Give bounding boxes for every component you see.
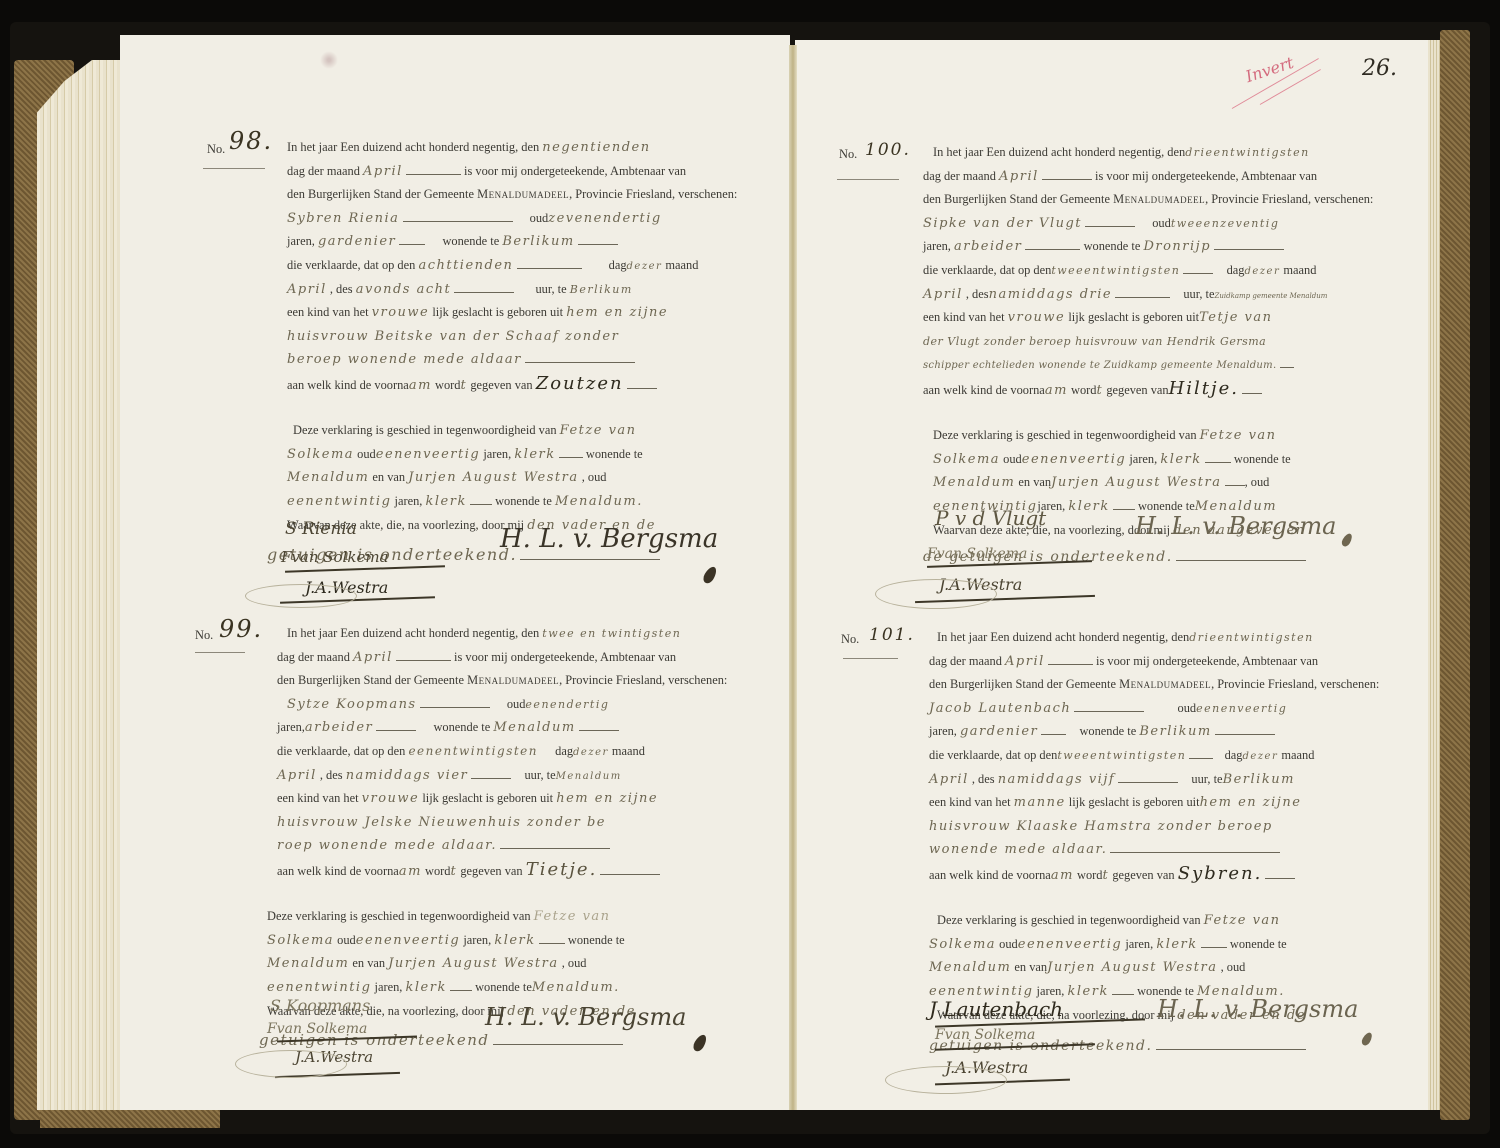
witness2-age: eenentwintig [287,494,391,509]
parents-line-2: huisvrouw Klaaske Hamstra zonder beroep [929,819,1273,834]
form-text: maand [1281,748,1314,762]
month-ref: dezer [1244,266,1280,277]
entry-month: April [353,650,393,665]
record-number-rule [837,179,899,180]
child-sex: vrouwe [1008,310,1066,325]
witness2-name: Jurjen August Westra [408,470,578,485]
witness2-name: Jurjen August Westra [1047,960,1217,975]
blank-line [600,864,660,875]
blank-line [1265,868,1295,879]
form-text: jaren, [1125,937,1153,951]
form-text: jaren, [1037,984,1065,998]
form-text: den Burgerlijken Stand der Gemeente [287,187,474,201]
blank-line [539,933,565,944]
ink-blot [701,565,719,586]
signature-flourish [875,579,997,609]
blank-line [579,720,619,731]
birth-day: tweeentwintigsten [1051,264,1180,277]
handwritten-suffix: t [1102,868,1109,883]
declarant-occupation: gardenier [318,234,396,249]
birth-time: namiddags vier [346,768,469,783]
form-text: word [1077,868,1102,882]
record-number-rule [203,168,265,169]
birth-place: Berlikum [570,283,633,296]
signature-official: H. L. v. Bergsma [1157,998,1358,1022]
form-text: uur, te [1191,772,1222,786]
witness1-age: eenenveertig [1018,937,1122,952]
blank-line [1048,654,1093,665]
form-text: dag der maand [277,650,350,664]
record-number-rule [195,652,245,653]
form-text: , oud [562,956,587,970]
form-text: , Provincie Friesland, verschenen: [1205,192,1373,206]
blank-line [470,494,492,505]
witness2-residence: Menaldum. [555,494,643,509]
child-sex: vrouwe [362,791,420,806]
handwritten-suffix: am [409,378,432,393]
blank-line [403,211,513,222]
record-number-label: No. [839,143,857,167]
declarant-age: zevenendertig [548,211,661,226]
form-text: is voor mij ondergeteekende, Ambtenaar v… [454,650,676,664]
form-text: den Burgerlijken Stand der Gemeente [277,673,464,687]
form-text: dag [1225,748,1243,762]
record-number-label: No. [841,628,859,652]
entry-month: April [363,164,403,179]
form-text: en van [372,470,405,484]
child-sex: vrouwe [372,305,430,320]
signature-witness1: Fvan Solkema [281,546,389,570]
record-number: 101. [869,624,915,648]
signature-official: H. L. v. Bergsma [485,1006,686,1030]
blank-line [517,258,582,269]
form-text: Deze verklaring is geschied in tegenwoor… [267,909,531,923]
form-text: jaren, [463,933,491,947]
form-text: gegeven van [470,378,532,392]
parents-line-3: schipper echtelieden wonende te Zuidkamp… [923,360,1276,371]
form-text: wonende te [433,720,490,734]
form-text: dag der maand [923,169,996,183]
form-text: In het jaar Een duizend acht honderd neg… [937,630,1189,644]
form-text: die verklaarde, dat op den [923,263,1051,277]
child-name: Hiltje. [1169,378,1239,399]
form-text: , oud [1221,960,1246,974]
declarant-residence: Berlikum [502,234,574,249]
form-text: wonende te [568,933,625,947]
witness1-residence: Menaldum [267,956,349,971]
blank-line [1085,216,1135,227]
declarant-occupation: arbeider [305,720,373,735]
signature-official: H. L. v. Bergsma [1135,515,1336,539]
form-text: gegeven van [1106,383,1168,397]
form-text: word [425,864,450,878]
form-text: jaren, [1129,452,1157,466]
blank-line [1201,937,1227,948]
record-number: 100. [865,139,911,163]
witness2-occupation: klerk [426,494,467,509]
declarant-name: Sytze Koopmans [287,697,417,712]
form-text: uur, te [524,768,555,782]
witness1-name-b: Solkema [933,452,1000,467]
witness2-occupation: klerk [1068,499,1109,514]
form-text: , oud [582,470,607,484]
month-ref: dezer [1242,751,1278,762]
entry-month: April [1005,654,1045,669]
handwritten-suffix: am [1045,383,1068,398]
form-text: jaren, [395,494,423,508]
signature-official: H. L. v. Bergsma [500,528,718,552]
municipality: Menaldumadeel [477,187,569,201]
witness1-age: eenenveertig [1022,452,1126,467]
declarant-residence: Menaldum [493,720,575,735]
birth-month: April [923,287,963,302]
declarant-name: Sybren Rienia [287,211,399,226]
form-text: maand [612,744,645,758]
signature-declarant: J Lautenbach [929,998,1063,1022]
witness2-occupation: klerk [406,980,447,995]
blank-line [500,838,610,849]
form-text: , des [972,772,995,786]
handwritten-suffix: am [1051,868,1074,883]
blank-line [627,378,657,389]
parents-line-1: hem en zijne [1200,795,1302,810]
blank-line [1112,984,1134,995]
form-text: wonende te [1230,937,1287,951]
witness1-occupation: klerk [494,933,535,948]
form-text: een kind van het [929,795,1011,809]
blank-line [1115,287,1170,298]
form-text: wonende te [495,494,552,508]
form-text: aan welk kind de voorna [277,864,399,878]
birth-time: namiddags vijf [998,772,1115,787]
form-text: lijk geslacht is geboren uit [1069,795,1200,809]
form-text: wonende te [475,980,532,994]
record-number-label: No. [195,624,213,648]
form-text: en van [352,956,385,970]
blank-line [1205,452,1231,463]
form-text: uur, te [1183,287,1214,301]
form-text: den Burgerlijken Stand der Gemeente [929,677,1116,691]
form-text: maand [665,258,698,272]
form-text: oud [1152,216,1171,230]
witness2-name: Jurjen August Westra [1051,475,1221,490]
blank-line [1025,239,1080,250]
signature-declarant: S Koopmans [270,994,370,1018]
form-text: In het jaar Een duizend acht honderd neg… [933,145,1185,159]
witness2-name: Jurjen August Westra [388,956,558,971]
form-text: dag der maand [287,164,360,178]
form-text: , Provincie Friesland, verschenen: [569,187,737,201]
blank-line [1225,475,1245,486]
witness2-age: eenentwintig [267,980,371,995]
form-text: uur, te [535,282,566,296]
form-text: lijk geslacht is geboren uit [432,305,563,319]
parents-line-1: hem en zijne [556,791,658,806]
form-text: , des [320,768,343,782]
blank-line [1156,1039,1306,1050]
birth-place: Menaldum [556,771,622,782]
municipality: Menaldumadeel [467,673,559,687]
form-text: jaren, [929,724,957,738]
declarant-age: eenendertig [525,698,609,711]
witness1-name-b: Solkema [929,937,996,952]
month-ref: dezer [573,747,609,758]
form-text: gegeven van [460,864,522,878]
form-text: oud [530,211,549,225]
form-text: In het jaar Een duizend acht honderd neg… [287,626,539,640]
child-name: Tietje. [526,859,598,880]
blank-line [559,447,583,458]
form-text: die verklaarde, dat op den [287,258,415,272]
form-text: die verklaarde, dat op den [929,748,1057,762]
declarant-occupation: arbeider [954,239,1022,254]
form-text: Deze verklaring is geschied in tegenwoor… [937,913,1201,927]
child-name: Zoutzen [536,373,624,394]
blank-line [1280,357,1294,368]
blank-line [471,768,511,779]
declarant-residence: Dronrijp [1143,239,1211,254]
parents-line-3: beroep wonende mede aldaar [287,352,522,367]
birth-day: eenentwintigsten [408,744,538,758]
parents-line-1: hem en zijne [566,305,668,320]
witness1-occupation: klerk [1156,937,1197,952]
form-text: aan welk kind de voorna [287,378,409,392]
entry-day: twee en twintigsten [542,627,681,640]
declarant-name: Sipke van der Vlugt [923,216,1082,231]
blank-line [1242,383,1262,394]
form-text: wonende te [442,234,499,248]
form-text: , Provincie Friesland, verschenen: [1211,677,1379,691]
form-text: jaren, [375,980,403,994]
form-text: lijk geslacht is geboren uit [422,791,553,805]
form-text: dag [609,258,627,272]
month-ref: dezer [627,261,663,272]
municipality: Menaldumadeel [1113,192,1205,206]
witness1-residence: Menaldum [929,960,1011,975]
form-text: dag [555,744,573,758]
declarant-residence: Berlikum [1139,724,1211,739]
form-text: , des [330,282,353,296]
form-text: oud [1178,701,1197,715]
form-text: is voor mij ondergeteekende, Ambtenaar v… [464,164,686,178]
signature-flourish [885,1066,1007,1094]
parents-line-2: der Vlugt zonder beroep huisvrouw van He… [923,335,1266,348]
declarant-name: Jacob Lautenbach [929,701,1071,716]
record-number: 99. [219,618,263,642]
birth-time: avonds acht [356,282,452,297]
entry-day: drieentwintigsten [1189,631,1314,644]
blank-line [1176,550,1306,561]
form-text: gegeven van [1112,868,1174,882]
form-text: word [435,378,460,392]
blank-line [1110,842,1280,853]
entry-day: drieentwintigsten [1185,146,1310,159]
signature-flourish [245,584,357,608]
form-text: wonende te [1234,452,1291,466]
witness1-name-a: Fetze van [1200,428,1277,443]
form-text: , Provincie Friesland, verschenen: [559,673,727,687]
form-text: dag der maand [929,654,1002,668]
book-gutter [789,45,797,1110]
form-text: is voor mij ondergeteekende, Ambtenaar v… [1096,654,1318,668]
parents-line-2: huisvrouw Beitske van der Schaaf zonder [287,329,619,344]
blank-line [1215,724,1275,735]
form-text: oud [337,933,356,947]
birth-month: April [277,768,317,783]
birth-place: Berlikum [1223,772,1295,787]
signature-declarant: S Rienia [285,518,357,542]
record-number: 98. [229,130,273,154]
form-text: wonende te [586,447,643,461]
form-text: die verklaarde, dat op den [277,744,405,758]
birth-day: tweeentwintigsten [1057,749,1186,762]
blank-line [1113,499,1135,510]
form-text: wonende te [1084,239,1141,253]
form-text: oud [507,697,526,711]
blank-line [450,980,472,991]
form-text: jaren, [483,447,511,461]
handwritten-suffix: am [399,864,422,879]
witness1-age: eenenveertig [356,933,460,948]
form-text: Deze verklaring is geschied in tegenwoor… [293,423,557,437]
form-text: , des [966,287,989,301]
handwritten-suffix: t [1096,383,1103,398]
witness1-residence: Menaldum [933,475,1015,490]
birth-place: Zuidkamp gemeente Menaldum [1214,292,1327,300]
child-name: Sybren. [1178,863,1263,884]
blank-line [399,234,425,245]
blank-line [1042,169,1092,180]
form-text: oud [357,447,376,461]
blank-line [454,282,514,293]
witness1-occupation: klerk [514,447,555,462]
form-text: jaren, [277,720,305,734]
declarant-age: tweeenzeventig [1171,217,1280,230]
birth-month: April [287,282,327,297]
birth-record: No. 99. In het jaar Een duizend acht hon… [195,622,775,1102]
witness1-residence: Menaldum [287,470,369,485]
form-text: Deze verklaring is geschied in tegenwoor… [933,428,1197,442]
form-text: wonende te [1138,499,1195,513]
witness1-name-a: Fetze van [1204,913,1281,928]
form-text: dag [1227,263,1245,277]
form-text: jaren, [287,234,315,248]
child-sex: manne [1014,795,1066,810]
blank-line [525,352,635,363]
blank-line [493,1034,623,1045]
declarant-age: eenenveertig [1196,702,1287,715]
parents-line-3: roep wonende mede aldaar. [277,838,497,853]
birth-time: namiddags drie [989,287,1113,302]
form-text: den Burgerlijken Stand der Gemeente [923,192,1110,206]
form-text: word [1071,383,1096,397]
blank-line [1118,772,1178,783]
blank-line [406,164,461,175]
record-number-rule [843,658,898,659]
page-number: 26. [1362,56,1397,81]
handwritten-suffix: t [460,378,467,393]
declarant-occupation: gardenier [960,724,1038,739]
birth-record: No. 98. In het jaar Een duizend acht hon… [195,136,775,606]
blank-line [1074,701,1144,712]
blank-line [1189,748,1213,759]
form-text: aan welk kind de voorna [923,383,1045,397]
form-text: In het jaar Een duizend acht honderd neg… [287,140,539,154]
form-text: een kind van het [277,791,359,805]
form-text: oud [999,937,1018,951]
witness2-occupation: klerk [1068,984,1109,999]
form-text: jaren, [923,239,951,253]
parents-line-3: wonende mede aldaar. [929,842,1107,857]
entry-month: April [999,169,1039,184]
entry-day: negentienden [542,140,650,155]
right-page-edge [1428,40,1440,1110]
blank-line [396,650,451,661]
blank-line [420,697,490,708]
paper-stain [318,50,340,70]
blank-line [376,720,416,731]
book-edge-cloth [1440,30,1470,1120]
witness1-name-b: Solkema [287,447,354,462]
witness1-name-a: Fetze van [560,423,637,438]
form-text: , oud [1245,475,1270,489]
blank-line [1214,239,1284,250]
form-text: en van [1014,960,1047,974]
signature-flourish [235,1050,347,1078]
municipality: Menaldumadeel [1119,677,1211,691]
form-text: oud [1003,452,1022,466]
form-text: is voor mij ondergeteekende, Ambtenaar v… [1095,169,1317,183]
birth-record: No. 100. In het jaar Een duizend acht ho… [835,141,1405,611]
blank-line [1041,724,1066,735]
blank-line [578,234,618,245]
signature-witness1: Fvan Solkema [935,1024,1035,1048]
witness2-residence: Menaldum. [532,980,620,995]
form-text: aan welk kind de voorna [929,868,1051,882]
form-text: wonende te [1079,724,1136,738]
witness1-age: eenenveertig [376,447,480,462]
handwritten-suffix: t [450,864,457,879]
parents-line-1: Tetje van [1199,310,1272,325]
form-text: een kind van het [923,310,1005,324]
form-text: een kind van het [287,305,369,319]
form-text: maand [1283,263,1316,277]
birth-month: April [929,772,969,787]
record-number-label: No. [207,138,225,162]
parents-line-2: huisvrouw Jelske Nieuwenhuis zonder be [277,815,606,830]
birth-record: No. 101. In het jaar Een duizend acht ho… [835,626,1405,1106]
form-text: en van [1018,475,1051,489]
blank-line [1183,263,1213,274]
witness1-name-a: Fetze van [534,909,611,924]
birth-day: achttienden [418,258,513,273]
witness1-occupation: klerk [1160,452,1201,467]
witness1-name-b: Solkema [267,933,334,948]
form-text: lijk geslacht is geboren uit [1068,310,1199,324]
signature-declarant: P v d Vlugt [935,507,1046,531]
